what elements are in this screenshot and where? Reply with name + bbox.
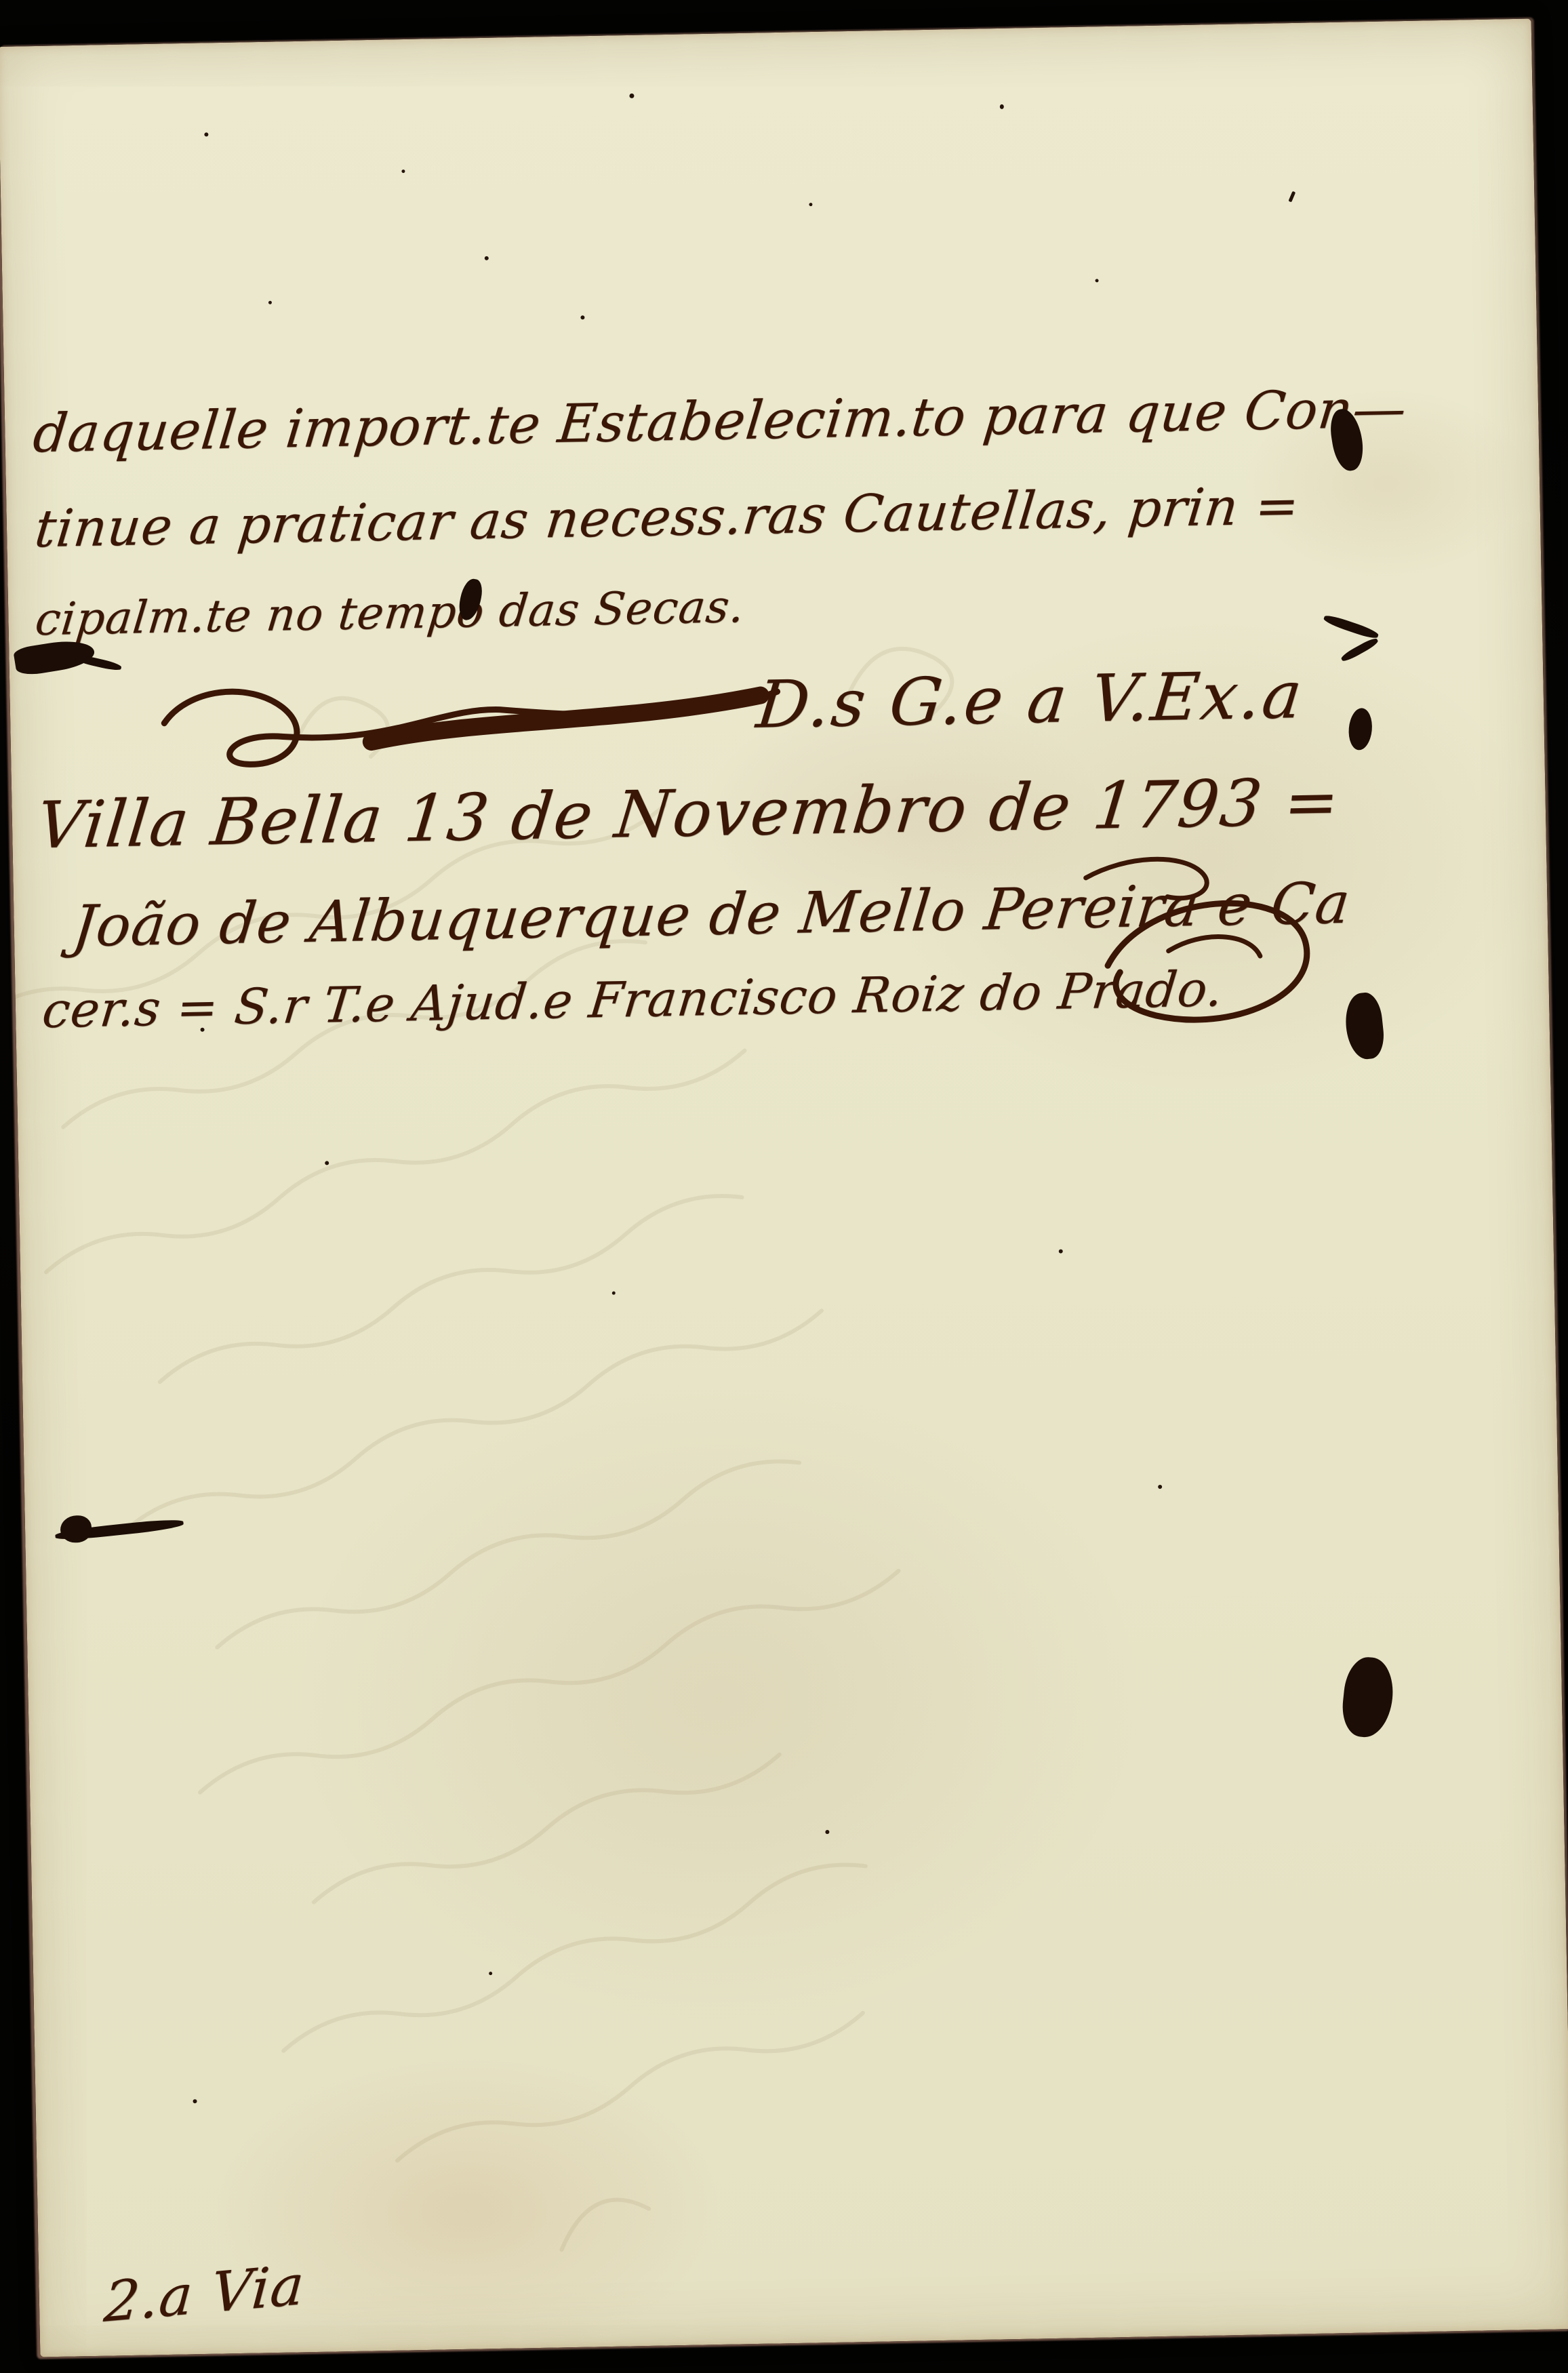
ink-speck [193, 2099, 197, 2103]
signature-rubric-flourish [1065, 846, 1340, 1048]
photo-backdrop: daquelle import.te Estabelecim.to para q… [0, 0, 1568, 2373]
ink-speck [1158, 1485, 1162, 1489]
ink-speck [809, 203, 812, 206]
ink-speck [204, 132, 208, 136]
ink-speck [268, 301, 272, 304]
manuscript-paper: daquelle import.te Estabelecim.to para q… [0, 19, 1568, 2357]
ink-speck [201, 1028, 205, 1032]
valediction-line: D.s G.e a V.Ex.a [753, 657, 1307, 743]
ink-speck [580, 315, 584, 319]
ink-speck [612, 1292, 616, 1295]
ink-speck [1059, 1250, 1063, 1254]
ink-blot-left-smudge-blob [60, 1515, 92, 1543]
ink-speck [325, 1161, 329, 1165]
ink-speck [1000, 104, 1004, 109]
ink-speck [629, 94, 634, 98]
ink-speck [485, 256, 489, 260]
bleedthrough-layer [0, 19, 1568, 2357]
ink-speck [401, 169, 405, 173]
valediction-flourish [146, 654, 792, 788]
ink-speck [1095, 279, 1099, 282]
ink-speck [489, 1972, 492, 1975]
ink-speck [825, 1830, 829, 1834]
